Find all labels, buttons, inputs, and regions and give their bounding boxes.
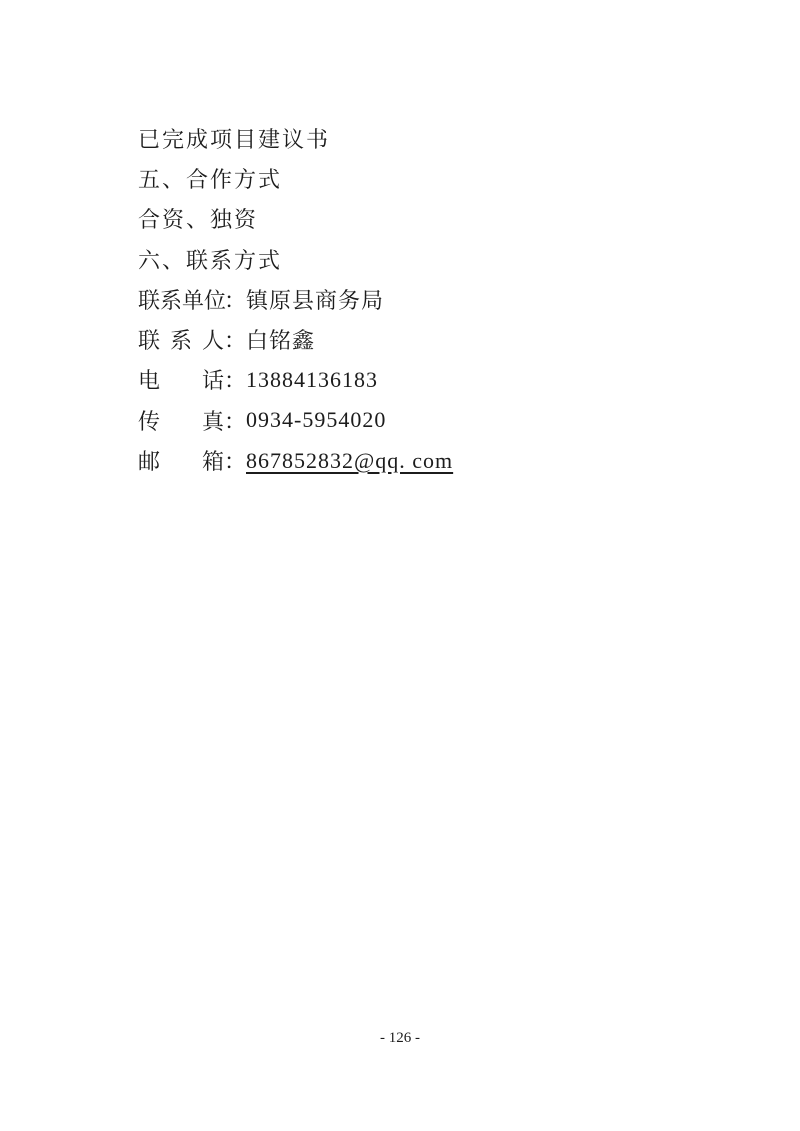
heading-text: 五、合作方式	[138, 163, 282, 194]
contact-person-value: 白铭鑫	[246, 324, 315, 355]
line-text: 已完成项目建议书	[138, 123, 330, 154]
contact-label: 邮箱	[138, 445, 224, 476]
contact-label: 联系单位	[138, 284, 224, 315]
contact-row-phone: 电话：13884136183	[138, 360, 698, 400]
contact-label: 联系人	[138, 324, 224, 355]
contact-row-unit: 联系单位：镇原县商务局	[138, 279, 698, 319]
contact-row-person: 联系人：白铭鑫	[138, 319, 698, 359]
document-body: 已完成项目建议书 五、合作方式 合资、独资 六、联系方式 联系单位：镇原县商务局…	[138, 118, 698, 481]
contact-colon: ：	[224, 284, 246, 315]
line-completed-proposal: 已完成项目建议书	[138, 118, 698, 158]
contact-row-email: 邮箱：867852832@qq. com	[138, 440, 698, 480]
heading-text: 六、联系方式	[138, 244, 282, 275]
contact-colon: ：	[224, 324, 246, 355]
line-text: 合资、独资	[138, 203, 258, 234]
contact-colon: ：	[224, 405, 246, 436]
contact-label: 传真	[138, 405, 224, 436]
contact-unit-value: 镇原县商务局	[246, 284, 384, 315]
contact-phone-value: 13884136183	[246, 367, 378, 393]
heading-section-5-cooperation-method: 五、合作方式	[138, 158, 698, 198]
contact-colon: ：	[224, 445, 246, 476]
line-cooperation-types: 合资、独资	[138, 199, 698, 239]
document-page: 已完成项目建议书 五、合作方式 合资、独资 六、联系方式 联系单位：镇原县商务局…	[0, 0, 800, 1131]
contact-row-fax: 传真：0934-5954020	[138, 400, 698, 440]
contact-colon: ：	[224, 364, 246, 395]
page-number: - 126 -	[0, 1030, 800, 1047]
email-link[interactable]: 867852832@qq. com	[246, 448, 453, 474]
heading-section-6-contact-info: 六、联系方式	[138, 239, 698, 279]
contact-label: 电话	[138, 364, 224, 395]
contact-fax-value: 0934-5954020	[246, 407, 386, 433]
